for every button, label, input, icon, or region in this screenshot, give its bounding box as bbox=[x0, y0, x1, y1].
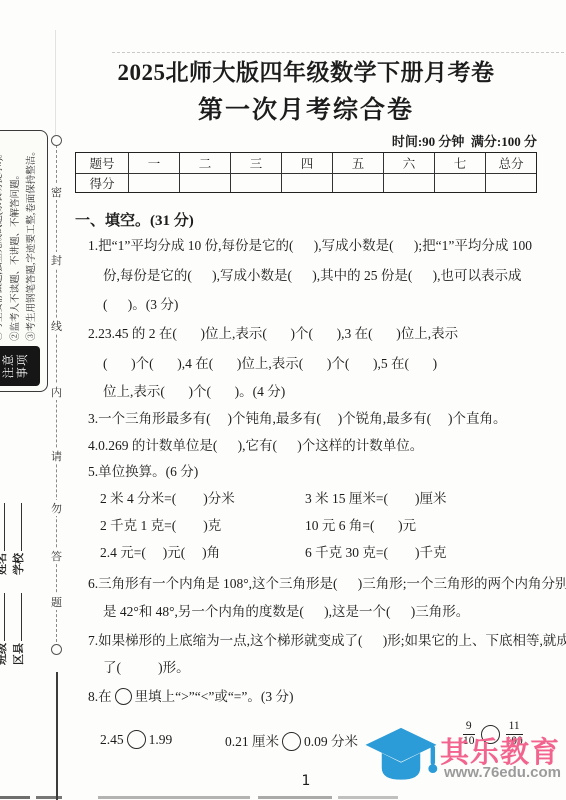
field-name-label: 姓名 bbox=[0, 553, 8, 575]
notice-items: ①考生安静做题,独立完成试题(家长勿提示!)。 ②监考人不读题、不讲题、不解答问… bbox=[0, 146, 40, 341]
question-1-line-2: 份,每份是它的( ),写成小数是( ),其中的 25 份是( ),也可以表示成 bbox=[103, 266, 521, 286]
seal-char: 题 bbox=[49, 594, 64, 610]
field-district: 区县 bbox=[10, 593, 26, 665]
question-8-prefix: 8.在 bbox=[88, 689, 112, 704]
question-2-line-3: 位上,表示( )个( )。(4 分) bbox=[103, 382, 285, 402]
score-table: 题号 一 二 三 四 五 六 七 总分 得分 bbox=[75, 152, 537, 193]
question-7-line-2: 了( )形。 bbox=[103, 658, 190, 678]
score-table-score-label: 得分 bbox=[76, 173, 128, 193]
score-table-header-cell: 一 bbox=[128, 153, 179, 173]
field-school-label: 学校 bbox=[13, 553, 25, 575]
score-table-header-cell: 三 bbox=[230, 153, 281, 173]
seal-char: 内 bbox=[49, 384, 64, 400]
seal-solid-line bbox=[56, 672, 58, 800]
score-table-empty-cell bbox=[281, 173, 332, 193]
seal-char: 勿 bbox=[49, 500, 64, 516]
seal-char: 密 bbox=[49, 184, 64, 200]
field-class: 班级 bbox=[0, 593, 9, 665]
exam-subtitle: 第一次月考综合卷 bbox=[75, 90, 537, 126]
question-8-item-2: 0.21 厘米0.09 分米 bbox=[225, 730, 358, 751]
section-1-heading: 一、填空。(31 分) bbox=[75, 209, 194, 230]
seal-char: 答 bbox=[49, 548, 64, 564]
seal-char: 线 bbox=[49, 318, 64, 334]
notice-item-3: ③考生用钢笔答题,字迹要工整,卷面保持整洁。 bbox=[25, 146, 40, 341]
compare-circle-icon bbox=[282, 732, 301, 751]
score-table-empty-cell bbox=[485, 173, 536, 193]
score-table-header-cell: 七 bbox=[434, 153, 485, 173]
notice-item-1: ①考生安静做题,独立完成试题(家长勿提示!)。 bbox=[0, 146, 7, 341]
question-6-line-2: 是 42°和 48°,另一个内角的度数是( ),这是一个( )三角形。 bbox=[103, 602, 469, 622]
question-1-line-3: ( )。(3 分) bbox=[103, 295, 178, 315]
question-3: 3.一个三角形最多有( )个钝角,最多有( )个锐角,最多有( )个直角。 bbox=[88, 409, 506, 429]
question-6-line-1: 6.三角形有一个内角是 108°,这个三角形是( )三角形;一个三角形的两个内角… bbox=[88, 574, 566, 594]
field-name: 姓名 bbox=[0, 503, 9, 575]
score-table-empty-cell bbox=[332, 173, 383, 193]
notice-item-2: ②监考人不读题、不讲题、不解答问题。 bbox=[9, 146, 24, 341]
score-table-header-cell: 题号 bbox=[76, 153, 128, 173]
time-score-line: 时间:90 分钟 满分:100 分 bbox=[75, 131, 537, 150]
score-table-header-cell: 四 bbox=[281, 153, 332, 173]
compare-circle-icon bbox=[127, 730, 146, 749]
score-table-header-cell: 总分 bbox=[485, 153, 536, 173]
field-name-line bbox=[0, 503, 5, 551]
question-7-line-1: 7.如果梯形的上底缩为一点,这个梯形就变成了( )形;如果它的上、下底相等,就成 bbox=[88, 631, 566, 651]
field-class-label: 班级 bbox=[0, 643, 8, 665]
left-edge-mark bbox=[55, 30, 56, 138]
score-table-header-cell: 五 bbox=[332, 153, 383, 173]
notice-header-tab: 注意事项 bbox=[0, 346, 40, 386]
exam-paper-page: 注意事项 ①考生安静做题,独立完成试题(家长勿提示!)。 ②监考人不读题、不讲题… bbox=[0, 0, 566, 800]
question-4: 4.0.269 的计数单位是( ),它有( )个这样的计数单位。 bbox=[88, 436, 423, 456]
question-1-line-1: 1.把“1”平均分成 10 份,每份是它的( ),写成小数是( );把“1”平均… bbox=[88, 236, 532, 256]
field-school: 学校 bbox=[10, 503, 26, 575]
watermark-logo: 其乐教育 www.76edu.com bbox=[364, 722, 566, 792]
score-table-empty-cell bbox=[230, 173, 281, 193]
score-table-empty-cell bbox=[434, 173, 485, 193]
score-table-header-cell: 二 bbox=[179, 153, 230, 173]
exam-notice-inner: 注意事项 ①考生安静做题,独立完成试题(家长勿提示!)。 ②监考人不读题、不讲题… bbox=[0, 130, 48, 392]
field-class-line bbox=[0, 593, 5, 641]
question-5-row-3-left: 2.4 元=( )元( )角 bbox=[100, 543, 220, 563]
watermark-site-text: www.76edu.com bbox=[444, 764, 561, 781]
seal-char: 封 bbox=[49, 252, 64, 268]
field-district-label: 区县 bbox=[13, 643, 25, 665]
q8-item1-right: 1.99 bbox=[149, 732, 173, 747]
question-8-item-1: 2.451.99 bbox=[100, 730, 172, 749]
question-5-heading: 5.单位换算。(6 分) bbox=[88, 462, 198, 482]
question-5-row-1-right: 3 米 15 厘米=( )厘米 bbox=[305, 489, 446, 509]
seal-circle-bottom bbox=[51, 644, 62, 655]
question-8-heading: 8.在里填上“>”“<”或“=”。(3 分) bbox=[88, 687, 294, 707]
question-5-row-2-right: 10 元 6 角=( )元 bbox=[305, 516, 416, 536]
compare-circle-icon bbox=[115, 688, 132, 705]
scan-artifact bbox=[0, 796, 30, 799]
seal-char: 请 bbox=[49, 448, 64, 464]
question-5-row-1-left: 2 米 4 分米=( )分米 bbox=[100, 489, 235, 509]
score-table-empty-cell bbox=[383, 173, 434, 193]
field-district-line bbox=[10, 593, 22, 641]
score-table-empty-cell bbox=[128, 173, 179, 193]
question-2-line-1: 2.23.45 的 2 在( )位上,表示( )个( ),3 在( )位上,表示 bbox=[88, 324, 458, 344]
notice-header-label: 注意事项 bbox=[2, 353, 31, 378]
question-8-suffix: 里填上“>”“<”或“=”。(3 分) bbox=[135, 689, 294, 704]
main-content: 2025北师大版四年级数学下册月考卷 第一次月考综合卷 时间:90 分钟 满分:… bbox=[75, 0, 537, 800]
q8-item2-left: 0.21 厘米 bbox=[225, 734, 279, 749]
question-5-row-2-left: 2 千克 1 克=( )克 bbox=[100, 516, 221, 536]
graduation-cap-icon bbox=[364, 726, 438, 786]
scan-artifact bbox=[36, 796, 62, 799]
score-table-empty-cell bbox=[179, 173, 230, 193]
exam-title: 2025北师大版四年级数学下册月考卷 bbox=[75, 54, 537, 87]
field-school-line bbox=[10, 503, 22, 551]
score-table-header-cell: 六 bbox=[383, 153, 434, 173]
seal-circle-top bbox=[51, 135, 62, 146]
q8-item1-left: 2.45 bbox=[100, 732, 124, 747]
question-2-line-2: ( )个( ),4 在( )位上,表示( )个( ),5 在( ) bbox=[103, 354, 437, 374]
q8-item2-right: 0.09 分米 bbox=[304, 734, 358, 749]
question-5-row-3-right: 6 千克 30 克=( )千克 bbox=[305, 543, 446, 563]
exam-notice-box: 注意事项 ①考生安静做题,独立完成试题(家长勿提示!)。 ②监考人不读题、不讲题… bbox=[0, 130, 48, 392]
